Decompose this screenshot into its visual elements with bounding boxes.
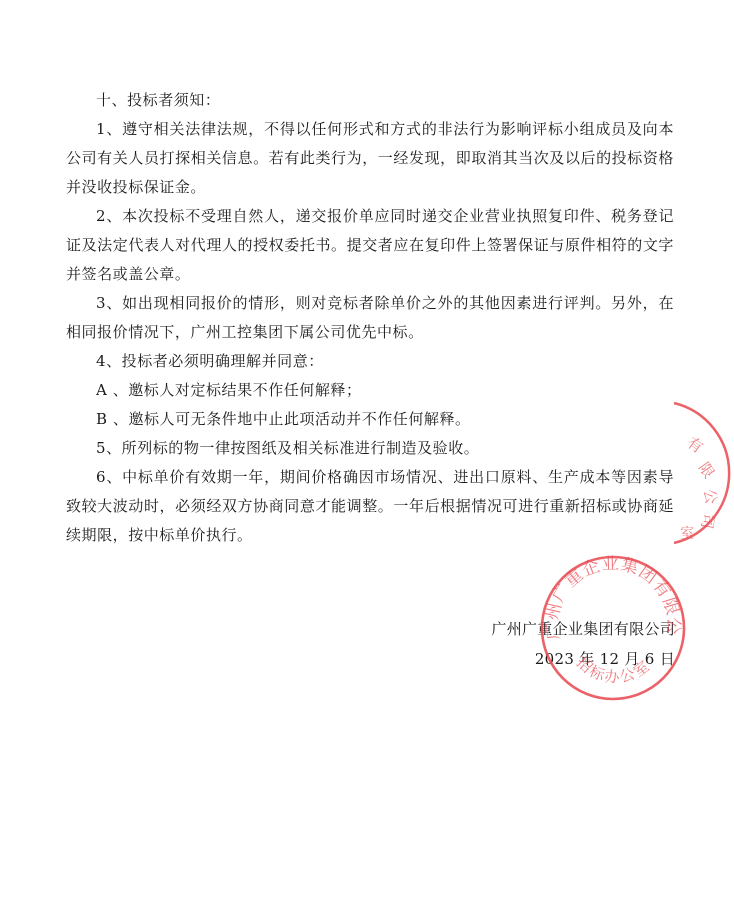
paragraph-6: 6、中标单价有效期一年，期间价格确因市场情况、进出口原料、生产成本等因素导致较大… bbox=[66, 463, 674, 550]
svg-text:司: 司 bbox=[697, 512, 717, 530]
signature-block: 广州广重企业集团有限公司 2023 年 12 月 6 日 bbox=[480, 614, 675, 674]
document-page: 十、投标者须知： 1、遵守相关法律法规，不得以任何形式和方式的非法行为影响评标小… bbox=[0, 0, 734, 911]
document-body: 十、投标者须知： 1、遵守相关法律法规，不得以任何形式和方式的非法行为影响评标小… bbox=[66, 86, 674, 550]
paragraph-1: 1、遵守相关法律法规，不得以任何形式和方式的非法行为影响评标小组成员及向本公司有… bbox=[66, 115, 674, 202]
svg-text:有: 有 bbox=[684, 434, 707, 457]
paragraph-3: 3、如出现相同报价的情形，则对竞标者除单价之外的其他因素进行评判。另外，在相同报… bbox=[66, 289, 674, 347]
paragraph-4a: A 、邀标人对定标结果不作任何解释； bbox=[66, 376, 674, 405]
svg-text:室: 室 bbox=[680, 526, 694, 542]
svg-text:限: 限 bbox=[695, 459, 718, 482]
signing-company: 广州广重企业集团有限公司 bbox=[480, 614, 675, 644]
paragraph-5: 5、所列标的物一律按图纸及相关标准进行制造及验收。 bbox=[66, 434, 674, 463]
paragraph-2: 2、本次投标不受理自然人，递交报价单应同时递交企业营业执照复印件、税务登记证及法… bbox=[66, 202, 674, 289]
paragraph-4: 4、投标者必须明确理解并同意： bbox=[66, 347, 674, 376]
section-heading: 十、投标者须知： bbox=[66, 86, 674, 115]
paragraph-4b: B 、邀标人可无条件地中止此项活动并不作任何解释。 bbox=[66, 405, 674, 434]
svg-text:公: 公 bbox=[700, 488, 720, 506]
signing-date: 2023 年 12 月 6 日 bbox=[480, 644, 675, 674]
